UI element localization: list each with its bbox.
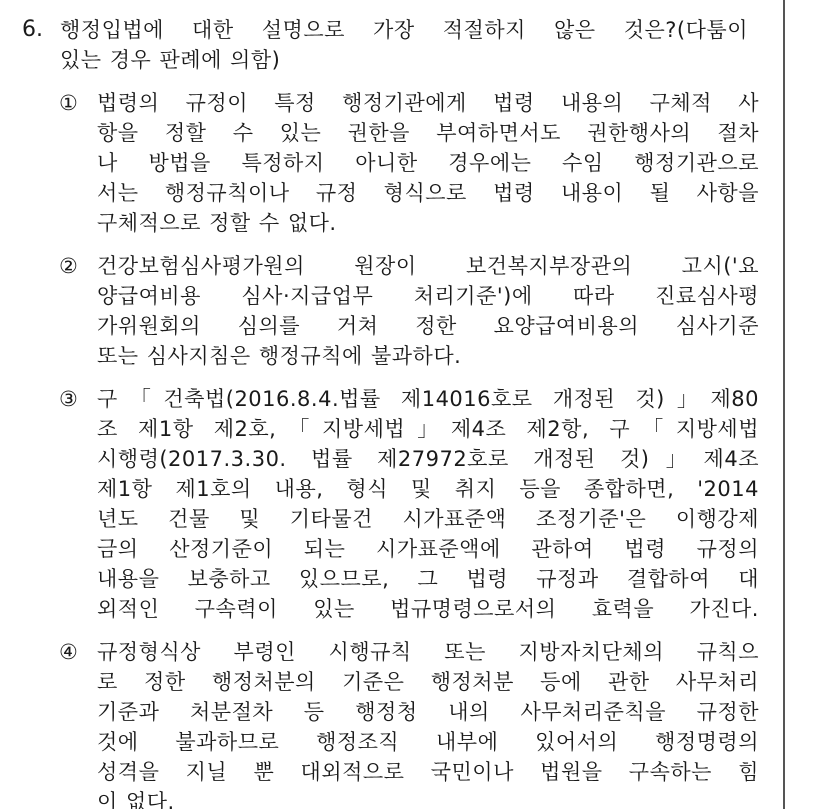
option-line: 성격을 지닐 뿐 대외적으로 국민이나 법원을 구속하는 힘 — [97, 757, 759, 787]
option-marker: ④ — [59, 637, 78, 667]
option-line: 금의 산정기준이 되는 시가표준액에 관하여 법령 규정의 — [97, 534, 759, 564]
answer-options: ① 법령의 규정이 특정 행정기관에게 법령 내용의 구체적 사 항을 정할 수… — [22, 88, 762, 809]
option-3[interactable]: ③ 구「건축법(2016.8.4.법률 제14016호로 개정된 것)」제80 … — [22, 384, 762, 624]
option-line: 규정형식상 부령인 시행규칙 또는 지방자치단체의 규칙으 — [97, 637, 759, 667]
option-line: 시행령(2017.3.30. 법률 제27972호로 개정된 것)」제4조 — [97, 444, 759, 474]
option-line: 항을 정할 수 있는 권한을 부여하면서도 권한행사의 절차 — [97, 118, 759, 148]
question-line: 있는 경우 판례에 의함) — [60, 45, 748, 75]
option-marker: ③ — [59, 384, 78, 414]
question-6: 6. 행정입법에 대한 설명으로 가장 적절하지 않은 것은?(다툼이 있는 경… — [22, 15, 762, 809]
option-line: 서는 행정규칙이나 규정 형식으로 법령 내용이 될 사항을 — [97, 178, 759, 208]
option-2[interactable]: ② 건강보험심사평가원의 원장이 보건복지부장관의 고시('요 양급여비용 심사… — [22, 251, 762, 371]
option-line: 것에 불과하므로 행정조직 내부에 있어서의 행정명령의 — [97, 727, 759, 757]
option-4[interactable]: ④ 규정형식상 부령인 시행규칙 또는 지방자치단체의 규칙으 로 정한 행정처… — [22, 637, 762, 809]
option-line: 년도 건물 및 기타물건 시가표준액 조정기준'은 이행강제 — [97, 504, 759, 534]
option-line: 법령의 규정이 특정 행정기관에게 법령 내용의 구체적 사 — [97, 88, 759, 118]
question-line: 행정입법에 대한 설명으로 가장 적절하지 않은 것은?(다툼이 — [60, 15, 748, 45]
option-line: 구「건축법(2016.8.4.법률 제14016호로 개정된 것)」제80 — [97, 384, 759, 414]
option-marker: ② — [59, 251, 78, 281]
option-line: 외적인 구속력이 있는 법규명령으로서의 효력을 가진다. — [97, 594, 759, 624]
option-line: 구체적으로 정할 수 없다. — [97, 208, 759, 238]
exam-page: 6. 행정입법에 대한 설명으로 가장 적절하지 않은 것은?(다툼이 있는 경… — [0, 0, 826, 809]
option-text: 법령의 규정이 특정 행정기관에게 법령 내용의 구체적 사 항을 정할 수 있… — [97, 88, 759, 238]
option-line: 또는 심사지침은 행정규칙에 불과하다. — [97, 341, 759, 371]
option-text: 구「건축법(2016.8.4.법률 제14016호로 개정된 것)」제80 조 … — [97, 384, 759, 624]
option-marker: ① — [59, 88, 78, 118]
option-line: 건강보험심사평가원의 원장이 보건복지부장관의 고시('요 — [97, 251, 759, 281]
option-text: 건강보험심사평가원의 원장이 보건복지부장관의 고시('요 양급여비용 심사·지… — [97, 251, 759, 371]
option-line: 제1항 제1호의 내용, 형식 및 취지 등을 종합하면, '2014 — [97, 474, 759, 504]
option-line: 내용을 보충하고 있으므로, 그 법령 규정과 결합하여 대 — [97, 564, 759, 594]
option-line: 양급여비용 심사·지급업무 처리기준')에 따라 진료심사평 — [97, 281, 759, 311]
option-line: 나 방법을 특정하지 아니한 경우에는 수임 행정기관으로 — [97, 148, 759, 178]
option-line: 조 제1항 제2호,「지방세법」제4조 제2항, 구「지방세법 — [97, 414, 759, 444]
question-stem: 6. 행정입법에 대한 설명으로 가장 적절하지 않은 것은?(다툼이 있는 경… — [22, 15, 762, 75]
question-text: 행정입법에 대한 설명으로 가장 적절하지 않은 것은?(다툼이 있는 경우 판… — [60, 15, 748, 75]
option-line: 로 정한 행정처분의 기준은 행정처분 등에 관한 사무처리 — [97, 667, 759, 697]
question-number: 6. — [22, 15, 43, 45]
column-divider — [783, 0, 785, 809]
option-1[interactable]: ① 법령의 규정이 특정 행정기관에게 법령 내용의 구체적 사 항을 정할 수… — [22, 88, 762, 238]
option-text: 규정형식상 부령인 시행규칙 또는 지방자치단체의 규칙으 로 정한 행정처분의… — [97, 637, 759, 809]
option-line: 기준과 처분절차 등 행정청 내의 사무처리준칙을 규정한 — [97, 697, 759, 727]
option-line: 이 없다. — [97, 787, 759, 809]
option-line: 가위원회의 심의를 거쳐 정한 요양급여비용의 심사기준 — [97, 311, 759, 341]
